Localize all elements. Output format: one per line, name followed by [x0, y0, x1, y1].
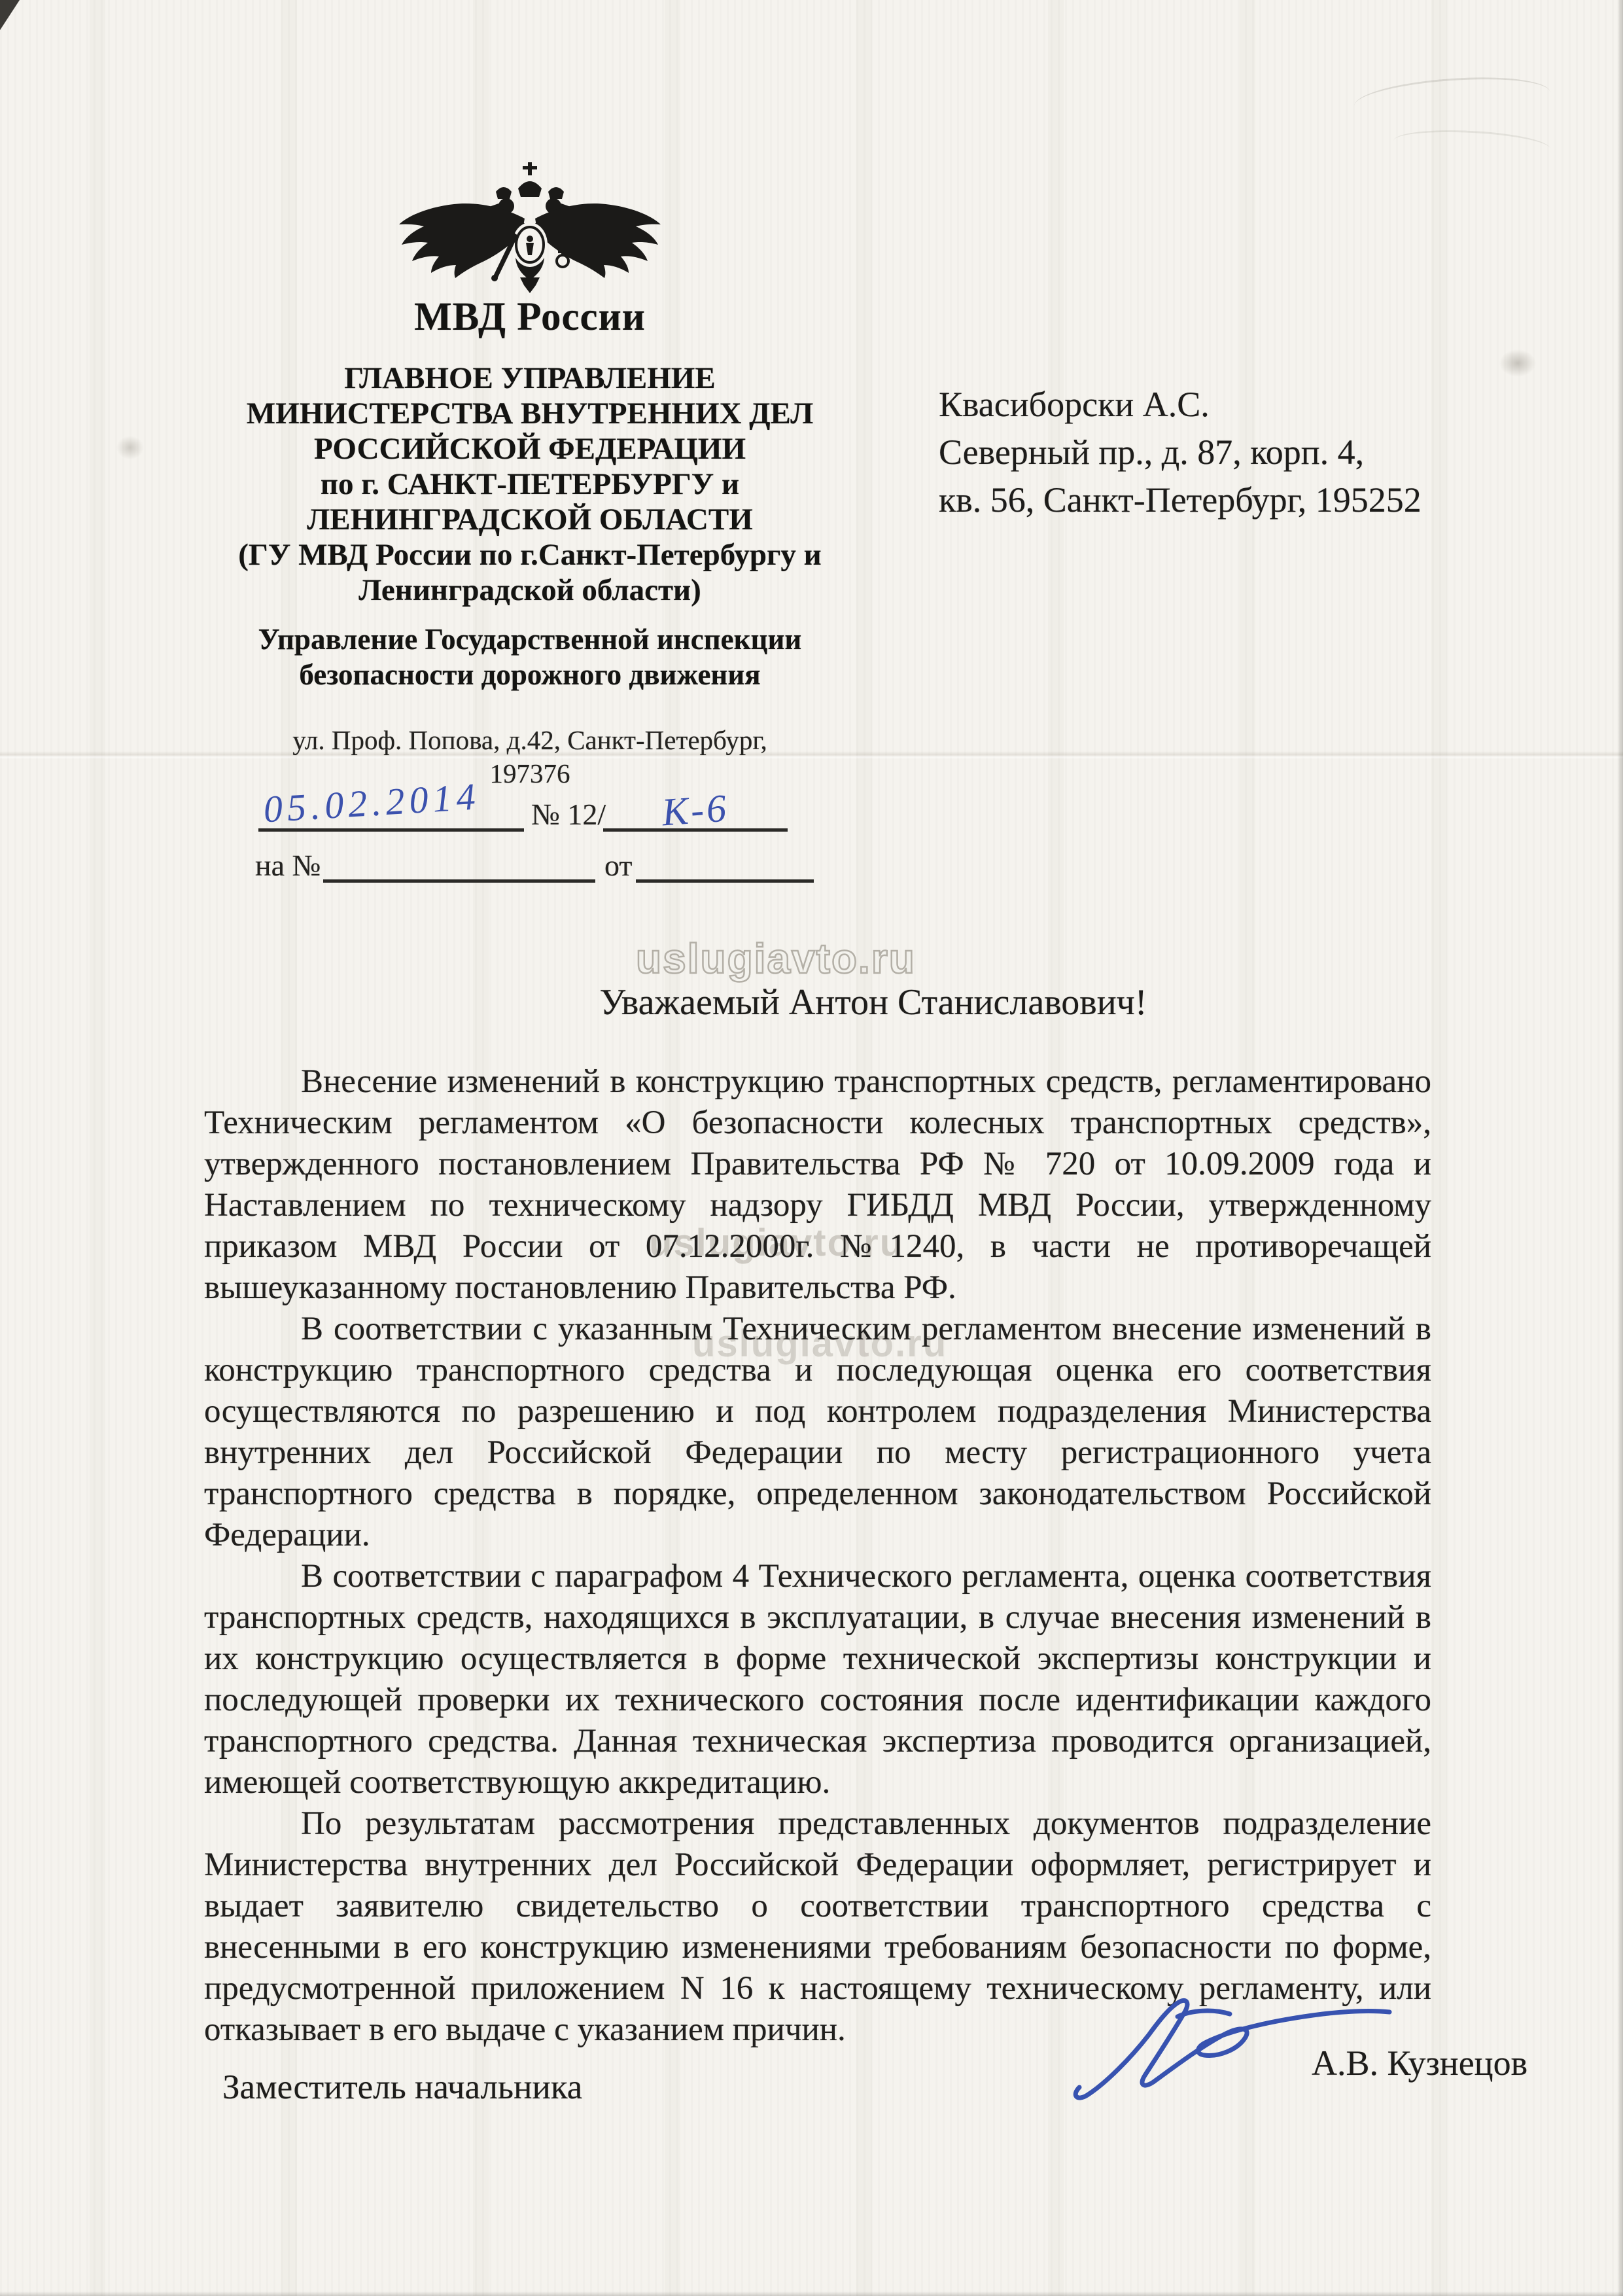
- letterhead-heading-line: по г. САНКТ-ПЕТЕРБУРГУ и: [228, 467, 832, 502]
- double-headed-eagle-icon: [393, 161, 667, 298]
- reply-from-label: от: [604, 848, 633, 883]
- letterhead-heading-line: ЛЕНИНГРАДСКОЙ ОБЛАСТИ: [228, 502, 832, 537]
- scan-smudge: [1499, 349, 1536, 377]
- outgoing-number-field: К-6: [603, 788, 788, 832]
- recipient-block: Квасиборски А.С. Северный пр., д. 87, ко…: [939, 381, 1422, 524]
- handwritten-number: К-6: [602, 781, 789, 839]
- letterhead-heading-line: ГЛАВНОЕ УПРАВЛЕНИЕ: [228, 361, 832, 396]
- letterhead-department-line: безопасности дорожного движения: [228, 657, 832, 692]
- scan-edge-shadow: [1617, 0, 1623, 2296]
- mvd-eagle-emblem: [393, 161, 667, 298]
- scanned-letter-page: МВД России ГЛАВНОЕ УПРАВЛЕНИЕ МИНИСТЕРСТ…: [0, 0, 1623, 2296]
- recipient-name: Квасиборски А.С.: [939, 381, 1422, 429]
- faint-pencil-mark: [1393, 127, 1551, 164]
- scan-edge-shadow: [0, 2291, 1623, 2296]
- outgoing-number-label: № 12/: [531, 797, 606, 832]
- site-watermark: uslugiavto.ru: [636, 934, 916, 983]
- letterhead-address: ул. Проф. Попова, д.42, Санкт-Петербург,…: [228, 724, 832, 790]
- letterhead-heading-line: (ГУ МВД России по г.Санкт-Петербургу и: [228, 537, 832, 573]
- recipient-address-line: кв. 56, Санкт-Петербург, 195252: [939, 476, 1422, 524]
- letterhead-heading-line: МИНИСТЕРСТВА ВНУТРЕННИХ ДЕЛ: [228, 396, 832, 431]
- letterhead-heading: ГЛАВНОЕ УПРАВЛЕНИЕ МИНИСТЕРСТВА ВНУТРЕНН…: [228, 361, 832, 608]
- faint-pencil-mark: [1353, 72, 1552, 127]
- reply-from-date-field: [636, 843, 814, 883]
- letterhead-department-line: Управление Государственной инспекции: [228, 622, 832, 657]
- letter-body: Внесение изменений в конструкцию транспо…: [204, 1061, 1431, 2051]
- reply-to-number-field: [323, 843, 595, 883]
- body-paragraph: В соответствии с параграфом 4 Техническо…: [204, 1556, 1431, 1803]
- body-paragraph: Внесение изменений в конструкцию транспо…: [204, 1061, 1431, 1309]
- scan-corner-artifact: [0, 0, 20, 30]
- signer-position-title: Заместитель начальника: [222, 2068, 582, 2107]
- letterhead-address-line: ул. Проф. Попова, д.42, Санкт-Петербург,: [228, 724, 832, 757]
- body-paragraph: В соответствии с указанным Техническим р…: [204, 1309, 1431, 1556]
- salutation: Уважаемый Антон Станиславович!: [203, 981, 1433, 1023]
- letterhead-department: Управление Государственной инспекции без…: [228, 622, 832, 692]
- recipient-address-line: Северный пр., д. 87, корп. 4,: [939, 429, 1422, 476]
- outgoing-date-field: 05.02.2014: [258, 788, 524, 832]
- org-name-short: МВД России: [232, 294, 828, 340]
- letterhead-heading-line: РОССИЙСКОЙ ФЕДЕРАЦИИ: [228, 431, 832, 467]
- reply-to-number-label: на №: [255, 848, 321, 883]
- scan-smudge: [116, 436, 144, 459]
- letterhead-heading-line: Ленинградской области): [228, 573, 832, 608]
- signer-name: А.В. Кузнецов: [1312, 2043, 1527, 2083]
